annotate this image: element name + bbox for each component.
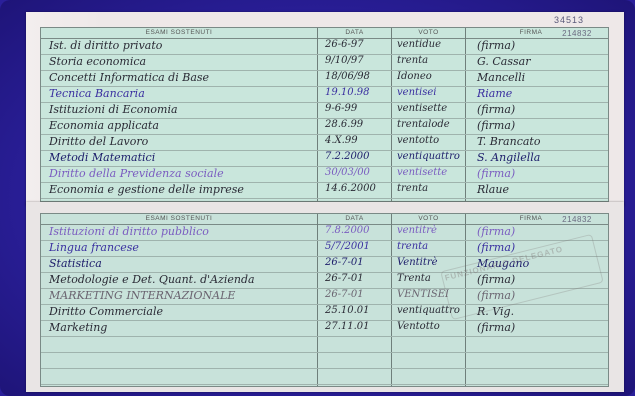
top-page: 34513 ESAMI SOSTENUTI DATA VOTO FIRMA 21… [26, 12, 624, 206]
exam-name: Istituzioni di Economia [49, 103, 317, 116]
exam-row: Diritto della Previdenza sociale30/03/00… [41, 167, 608, 181]
exam-name: Metodi Matematici [49, 151, 317, 164]
exam-row: Ist. di diritto privato26-6-97ventidue(f… [41, 39, 608, 53]
exam-name: Diritto Commerciale [49, 305, 317, 318]
exam-grade: trenta [397, 183, 467, 194]
exam-row: Istituzioni di Economia9-6-99ventisette(… [41, 103, 608, 117]
exam-date: 25.10.01 [325, 305, 395, 316]
exam-date: 14.6.2000 [325, 183, 395, 194]
exam-date: 26-7-01 [325, 273, 395, 284]
exam-name: Lingua francese [49, 241, 317, 254]
examiner-signature: (firma) [477, 39, 605, 52]
examiner-signature: (firma) [477, 321, 605, 334]
exam-name: Ist. di diritto privato [49, 39, 317, 52]
exam-date: 26-6-97 [325, 39, 395, 50]
exam-table-top: ESAMI SOSTENUTI DATA VOTO FIRMA 214832 I… [40, 27, 609, 202]
examiner-signature: (firma) [477, 103, 605, 116]
exam-name: Concetti Informatica di Base [49, 71, 317, 84]
exam-date: 26-7-01 [325, 257, 395, 268]
exam-grade: trenta [397, 241, 467, 252]
header-voto: VOTO [392, 215, 465, 222]
header-esami: ESAMI SOSTENUTI [41, 215, 317, 222]
exam-row [41, 353, 608, 367]
header-voto: VOTO [392, 29, 465, 36]
exam-row: Concetti Informatica di Base18/06/98Idon… [41, 71, 608, 85]
exam-row: Tecnica Bancaria19.10.98ventiseiRiame [41, 87, 608, 101]
exam-row: Storia economica9/10/97trentaG. Cassar [41, 55, 608, 69]
row-rule [41, 384, 608, 385]
header-data: DATA [318, 29, 391, 36]
exam-date: 27.11.01 [325, 321, 395, 332]
exam-grade: ventisette [397, 167, 467, 178]
exam-grade: ventiquattro [397, 151, 467, 162]
exam-grade: Ventotto [397, 321, 467, 332]
exam-date: 4.X.99 [325, 135, 395, 146]
examiner-signature: Mancelli [477, 71, 605, 84]
exam-name: Storia economica [49, 55, 317, 68]
exam-row: Economia applicata28.6.99trentalode(firm… [41, 119, 608, 133]
exam-date: 26-7-01 [325, 289, 395, 300]
exam-row: Istituzioni di diritto pubblico7.8.2000v… [41, 225, 608, 239]
handwritten-serial: 34513 [554, 15, 584, 25]
exam-name: Economia applicata [49, 119, 317, 132]
exam-grade: ventitrè [397, 225, 467, 236]
exam-row [41, 337, 608, 351]
exam-grade: ventidue [397, 39, 467, 50]
examiner-signature: S. Angilella [477, 151, 605, 164]
exam-row: Economia e gestione delle imprese14.6.20… [41, 183, 608, 197]
exam-grade: trentalode [397, 119, 467, 130]
exam-date: 5/7/2001 [325, 241, 395, 252]
exam-grade: ventisette [397, 103, 467, 114]
exam-date: 7.2.2000 [325, 151, 395, 162]
examiner-signature: G. Cassar [477, 55, 605, 68]
examiner-signature: Riame [477, 87, 605, 100]
examiner-signature: (firma) [477, 119, 605, 132]
exam-date: 19.10.98 [325, 87, 395, 98]
exam-row: Diritto Commerciale25.10.01ventiquattroR… [41, 305, 608, 319]
row-rule [41, 198, 608, 199]
exam-grade: trenta [397, 55, 467, 66]
exam-date: 30/03/00 [325, 167, 395, 178]
exam-row [41, 369, 608, 383]
exam-name: MARKETING INTERNAZIONALE [49, 289, 317, 302]
exam-date: 18/06/98 [325, 71, 395, 82]
table-header: ESAMI SOSTENUTI DATA VOTO FIRMA 214832 [41, 214, 608, 225]
exam-name: Istituzioni di diritto pubblico [49, 225, 317, 238]
exam-name: Diritto del Lavoro [49, 135, 317, 148]
examiner-signature: T. Brancato [477, 135, 605, 148]
exam-grade: ventotto [397, 135, 467, 146]
exam-name: Diritto della Previdenza sociale [49, 167, 317, 180]
exam-name: Statistica [49, 257, 317, 270]
exam-name: Economia e gestione delle imprese [49, 183, 317, 196]
exam-name: Marketing [49, 321, 317, 334]
exam-grade: Idoneo [397, 71, 467, 82]
table-header: ESAMI SOSTENUTI DATA VOTO FIRMA 214832 [41, 28, 608, 39]
exam-row: Diritto del Lavoro4.X.99ventottoT. Branc… [41, 135, 608, 149]
examiner-signature: (firma) [477, 167, 605, 180]
exam-date: 9-6-99 [325, 103, 395, 114]
examiner-signature: Rlaue [477, 183, 605, 196]
header-firma: FIRMA [511, 215, 551, 222]
printed-serial: 214832 [549, 29, 605, 38]
exam-grade: ventisei [397, 87, 467, 98]
header-firma: FIRMA [511, 29, 551, 36]
exam-date: 28.6.99 [325, 119, 395, 130]
header-esami: ESAMI SOSTENUTI [41, 29, 317, 36]
exam-date: 9/10/97 [325, 55, 395, 66]
exam-name: Tecnica Bancaria [49, 87, 317, 100]
exam-row: Marketing27.11.01Ventotto(firma) [41, 321, 608, 335]
header-data: DATA [318, 215, 391, 222]
exam-row: Metodi Matematici7.2.2000ventiquattroS. … [41, 151, 608, 165]
exam-date: 7.8.2000 [325, 225, 395, 236]
printed-serial: 214832 [549, 215, 605, 224]
exam-name: Metodologie e Det. Quant. d'Azienda [49, 273, 317, 286]
